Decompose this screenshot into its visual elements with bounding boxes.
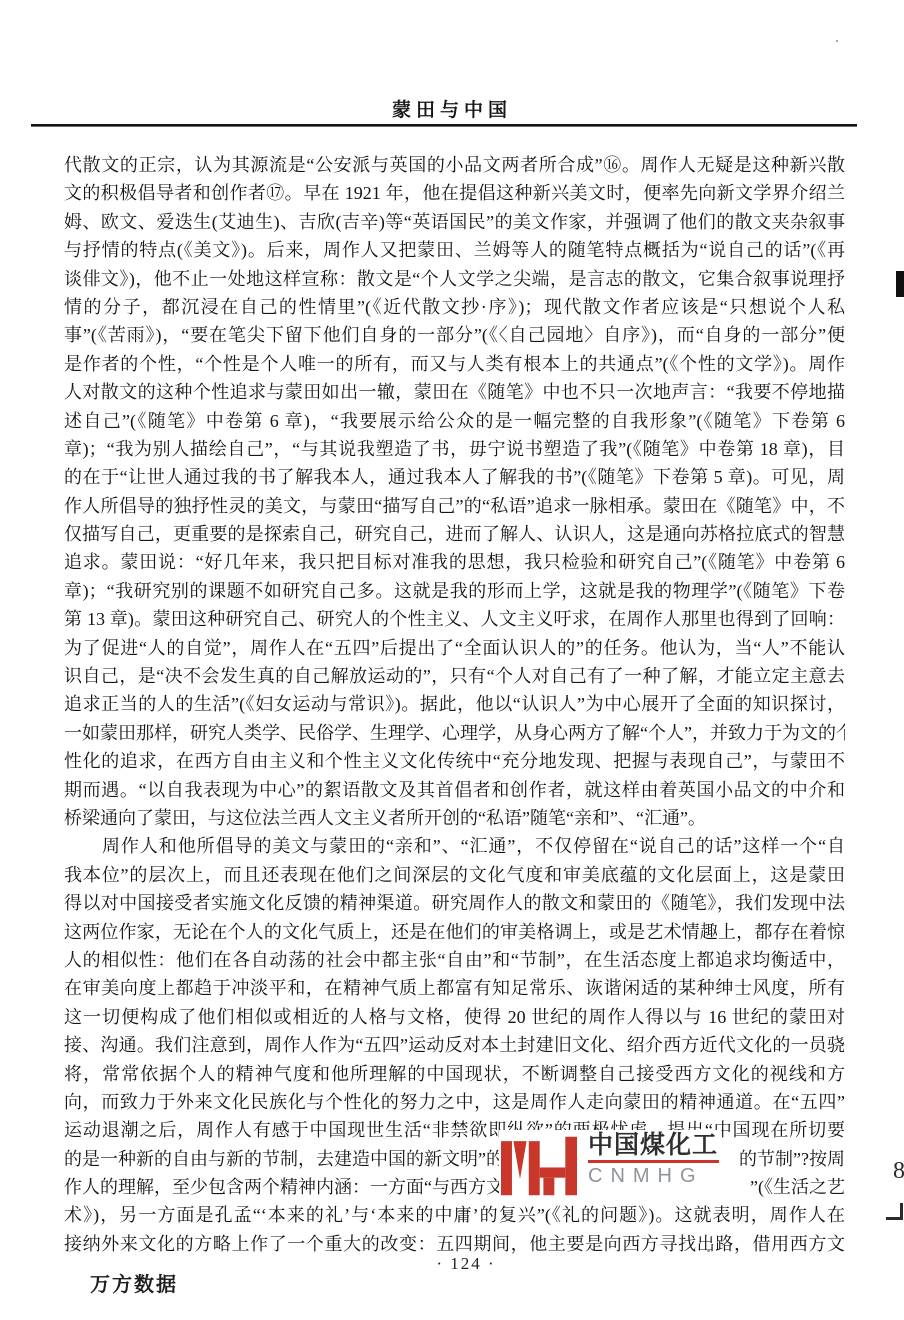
text-line-left: 的是一种新的自由与新的节制，去建造中国的新文明”的 [64, 1145, 504, 1173]
text-line: 人对散文的这种个性追求与蒙田如出一辙，蒙田在《随笔》中也不只一次地声言：“我要不… [64, 378, 845, 406]
text-line: 得以对中国接受者实施文化反馈的精神渠道。研究周作人的散文和蒙田的《随笔》，我们发… [64, 889, 845, 917]
text-line: 这一切便构成了他们相似或相近的人格与文格，使得 20 世纪的周作人得以与 16 … [64, 1003, 845, 1031]
text-line: 第 13 章)。蒙田这种研究自己、研究人的个性主义、人文主义吁求，在周作人那里也… [64, 605, 845, 633]
page-title: 蒙田与中国 [0, 95, 904, 122]
scan-noise-dot [836, 40, 838, 42]
text-line-right: ”(《生活之艺 [750, 1173, 845, 1201]
text-line: 向，而致力于外来文化民族化与个性化的努力之中，这是周作人走向蒙田的精神通道。在“… [64, 1088, 845, 1116]
text-line: 事”(《苦雨》)，“要在笔尖下留下他们自身的一部分”(《〈自己园地〉自序》)，而… [64, 321, 845, 349]
cnmhg-logo-icon [501, 1135, 577, 1197]
text-line: 我本位”的层次上，而且还表现在他们之间深层的文化气度和审美底蕴的文化层面上，这是… [64, 861, 845, 889]
scan-noise-dot [128, 1246, 131, 1249]
text-line-right: 的节制”?按周 [739, 1145, 845, 1173]
text-line: 一如蒙田那样，研究人类学、民俗学、生理学、心理学，从身心两方了解“个人”，并致力… [64, 719, 845, 747]
text-line: 识自己，是“决不会发生真的自己解放运动的”，只有“个人对自己有了一种了解，才能立… [64, 662, 845, 690]
text-line: 追求。蒙田说：“好几年来，我只把目标对准我的思想，我只检验和研究自己”(《随笔》… [64, 548, 845, 576]
article-body: 代散文的正宗，认为其源流是“公安派与英国的小品文两者所合成”⑯。周作人无疑是这种… [64, 151, 845, 1258]
text-line-left: 作人的理解，至少包含两个精神内涵：一方面“与西方文化 [64, 1173, 522, 1201]
text-line: 述自己”(《随笔》中卷第 6 章)，“我要展示给公众的是一幅完整的自我形象”(《… [64, 407, 845, 435]
scan-artifact-glyph: 8 [893, 1156, 904, 1186]
watermark-underline [588, 1160, 719, 1163]
wanfang-brand: 万方数据 [90, 1268, 178, 1297]
text-line: 是作者的个性，“个性是个人唯一的所有，而又与人类有根本上的共通点”(《个性的文学… [64, 350, 845, 378]
scan-noise-dot [707, 1249, 710, 1252]
text-line: 作人的理解，至少包含两个精神内涵：一方面“与西方文化”(《生活之艺 [64, 1173, 845, 1201]
text-line: 的在于“让世人通过我的书了解我本人，通过我本人了解我的书”(《随笔》下卷第 5 … [64, 463, 845, 491]
text-line: 将，常常依据个人的精神气度和他所理解的中国现状，不断调整自己接受西方文化的视线和… [64, 1060, 845, 1088]
text-line: 的是一种新的自由与新的节制，去建造中国的新文明”的的节制”?按周 [64, 1145, 845, 1173]
header-rule [31, 124, 857, 127]
watermark-en-text: CNMHG [588, 1165, 719, 1187]
text-line: 周作人和他所倡导的美文与蒙田的“亲和”、“汇通”，不仅停留在“说自己的话”这样一… [64, 832, 845, 860]
text-line: 术》)，另一方面是孔孟“‘本来的礼’与‘本来的中庸’的复兴”(《礼的问题》)。这… [64, 1201, 845, 1229]
text-line: 在审美向度上都趋于冲淡平和，在精神气质上都富有知足常乐、诙谐闲适的某种绅士风度，… [64, 974, 845, 1002]
text-line: 期而遇。“以自我表现为中心”的絮语散文及其首倡者和创作者，就这样由着英国小品文的… [64, 776, 845, 804]
watermark-cn-text: 中国煤化工 [588, 1132, 719, 1159]
scan-artifact-bar [896, 271, 904, 297]
text-line: 谈俳文》)，他不止一处地这样宣称：散文是“个人文学之尖端，是言志的散文，它集合叙… [64, 265, 845, 293]
text-line: 桥梁通向了蒙田，与这位法兰西人文主义者所开创的“私语”随笔“亲和”、“汇通”。 [64, 804, 845, 832]
text-line: 仅描写自己，更重要的是探索自己，研究自己，进而了解人、认识人，这是通向苏格拉底式… [64, 520, 845, 548]
text-line: 章)；“我研究别的课题不如研究自己多。这就是我的形而上学，这就是我的物理学”(《… [64, 577, 845, 605]
text-line: 人的相似性：他们在各自动荡的社会中都主张“自由”和“节制”，在生活态度上都追求均… [64, 946, 845, 974]
text-line: 代散文的正宗，认为其源流是“公安派与英国的小品文两者所合成”⑯。周作人无疑是这种… [64, 151, 845, 179]
text-line: 这两位作家，无论在个人的文化气质上，还是在他们的审美格调上，或是艺术情趣上，都存… [64, 918, 845, 946]
watermark-text-block: 中国煤化工 CNMHG [588, 1132, 719, 1187]
text-line: 文的积极倡导者和创作者⑰。早在 1921 年，他在提倡这种新兴美文时，便率先向新… [64, 179, 845, 207]
text-line: 为了促进“人的自觉”，周作人在“五四”后提出了“全面认识人的”的任务。他认为，当… [64, 634, 845, 662]
document-page: 蒙田与中国 代散文的正宗，认为其源流是“公安派与英国的小品文两者所合成”⑯。周作… [0, 0, 904, 1320]
text-line: 与抒情的特点(《美文》)。后来，周作人又把蒙田、兰姆等人的随笔特点概括为“说自己… [64, 236, 845, 264]
text-line: 章)；“我为别人描绘自己”，“与其说我塑造了书，毋宁说书塑造了我”(《随笔》中卷… [64, 435, 845, 463]
text-line: 姆、欧文、爱迭生(艾迪生)、吉欣(吉辛)等“英语国民”的美文作家，并强调了他们的… [64, 208, 845, 236]
scan-artifact-corner [886, 1203, 903, 1220]
text-line: 追求正当的人的生活”(《妇女运动与常识》)。据此，他以“认识人”为中心展开了全面… [64, 690, 845, 718]
text-line: 运动退潮之后，周作人有感于中国现世生活“非禁欲即纵欲”的两极忧虑，提出“中国现在… [64, 1116, 845, 1144]
text-line: 情的分子，都沉浸在自己的性情里”(《近代散文抄·序》)；现代散文作者应该是“只想… [64, 293, 845, 321]
watermark: 中国煤化工 CNMHG [499, 1130, 721, 1197]
text-line: 接、沟通。我们注意到，周作人作为“五四”运动反对本土封建旧文化、绍介西方近代文化… [64, 1031, 845, 1059]
text-line: 性化的追求，在西方自由主义和个性主义文化传统中“充分地发现、把握与表现自己”，与… [64, 747, 845, 775]
text-line: 作人所倡导的独抒性灵的美文，与蒙田“描写自己”的“私语”追求一脉相承。蒙田在《随… [64, 492, 845, 520]
